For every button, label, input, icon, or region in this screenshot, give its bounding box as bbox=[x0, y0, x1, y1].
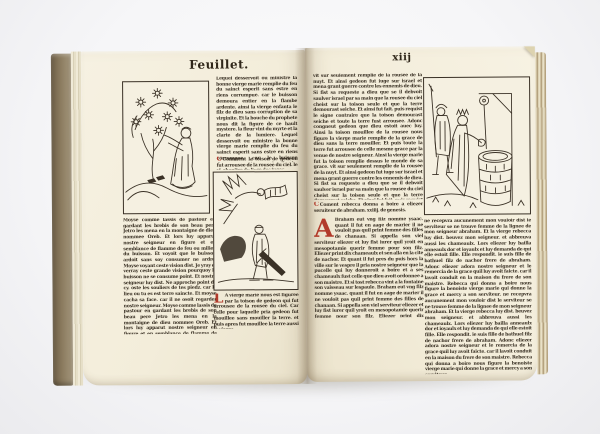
paragraph-mark: C bbox=[217, 156, 222, 163]
body-text-block: Lequel desservoit ou ministre la bonne v… bbox=[216, 76, 298, 163]
chapter-rubric-line: CComent rebecca donna a boire a eliezer … bbox=[314, 201, 423, 215]
body-text-block: vit sur seulement remplie de la rousee d… bbox=[313, 73, 423, 200]
angel-above-armed-figures-image bbox=[214, 172, 298, 290]
chapter-rubric-line: CComment la toison de gedeon fut arrouse… bbox=[217, 156, 298, 170]
left-page: Feuillet. bbox=[81, 50, 307, 386]
woodcut-rebecca-at-well-illustration bbox=[423, 76, 531, 215]
body-text-block: Moyse comme lassis de pastour en gardant… bbox=[123, 218, 217, 335]
rubric-text: Comment la toison de gedeon fut arrousee… bbox=[217, 157, 298, 170]
woodcut-burning-bush-illustration bbox=[122, 81, 210, 215]
folio-number: xiij bbox=[361, 52, 443, 64]
book-spine-edge bbox=[51, 54, 73, 386]
rubricated-paragraph: ABraham eut vng filz nomme ysaac. quant … bbox=[314, 217, 424, 318]
rubric-text: Coment rebecca donna a boire a eliezer s… bbox=[314, 202, 423, 213]
fore-edge-page-stack bbox=[535, 52, 548, 374]
paragraph-text: A vierge marie nous est figuree par la t… bbox=[214, 293, 299, 329]
kneeling-figure-before-flowering-bush-image bbox=[123, 82, 209, 214]
body-text-block: ne recepvra aucunement mon vouloir dist … bbox=[424, 218, 532, 374]
drop-cap-initial: L bbox=[214, 294, 224, 305]
drop-cap-initial: A bbox=[314, 218, 333, 239]
right-page: xiij vit sur seulement remplie de la rou… bbox=[305, 46, 537, 382]
page-corner-fold bbox=[524, 46, 535, 57]
woodcut-gideon-fleece-illustration bbox=[213, 171, 299, 291]
photo-background: Feuillet. bbox=[0, 0, 600, 434]
rubricated-paragraph: LA vierge marie nous est figuree par la … bbox=[214, 293, 299, 329]
left-page-header: Feuillet. bbox=[167, 57, 271, 72]
figures-at-well-with-pulley-image bbox=[424, 77, 530, 214]
book-gutter bbox=[295, 48, 317, 384]
open-book: Feuillet. bbox=[51, 44, 548, 387]
